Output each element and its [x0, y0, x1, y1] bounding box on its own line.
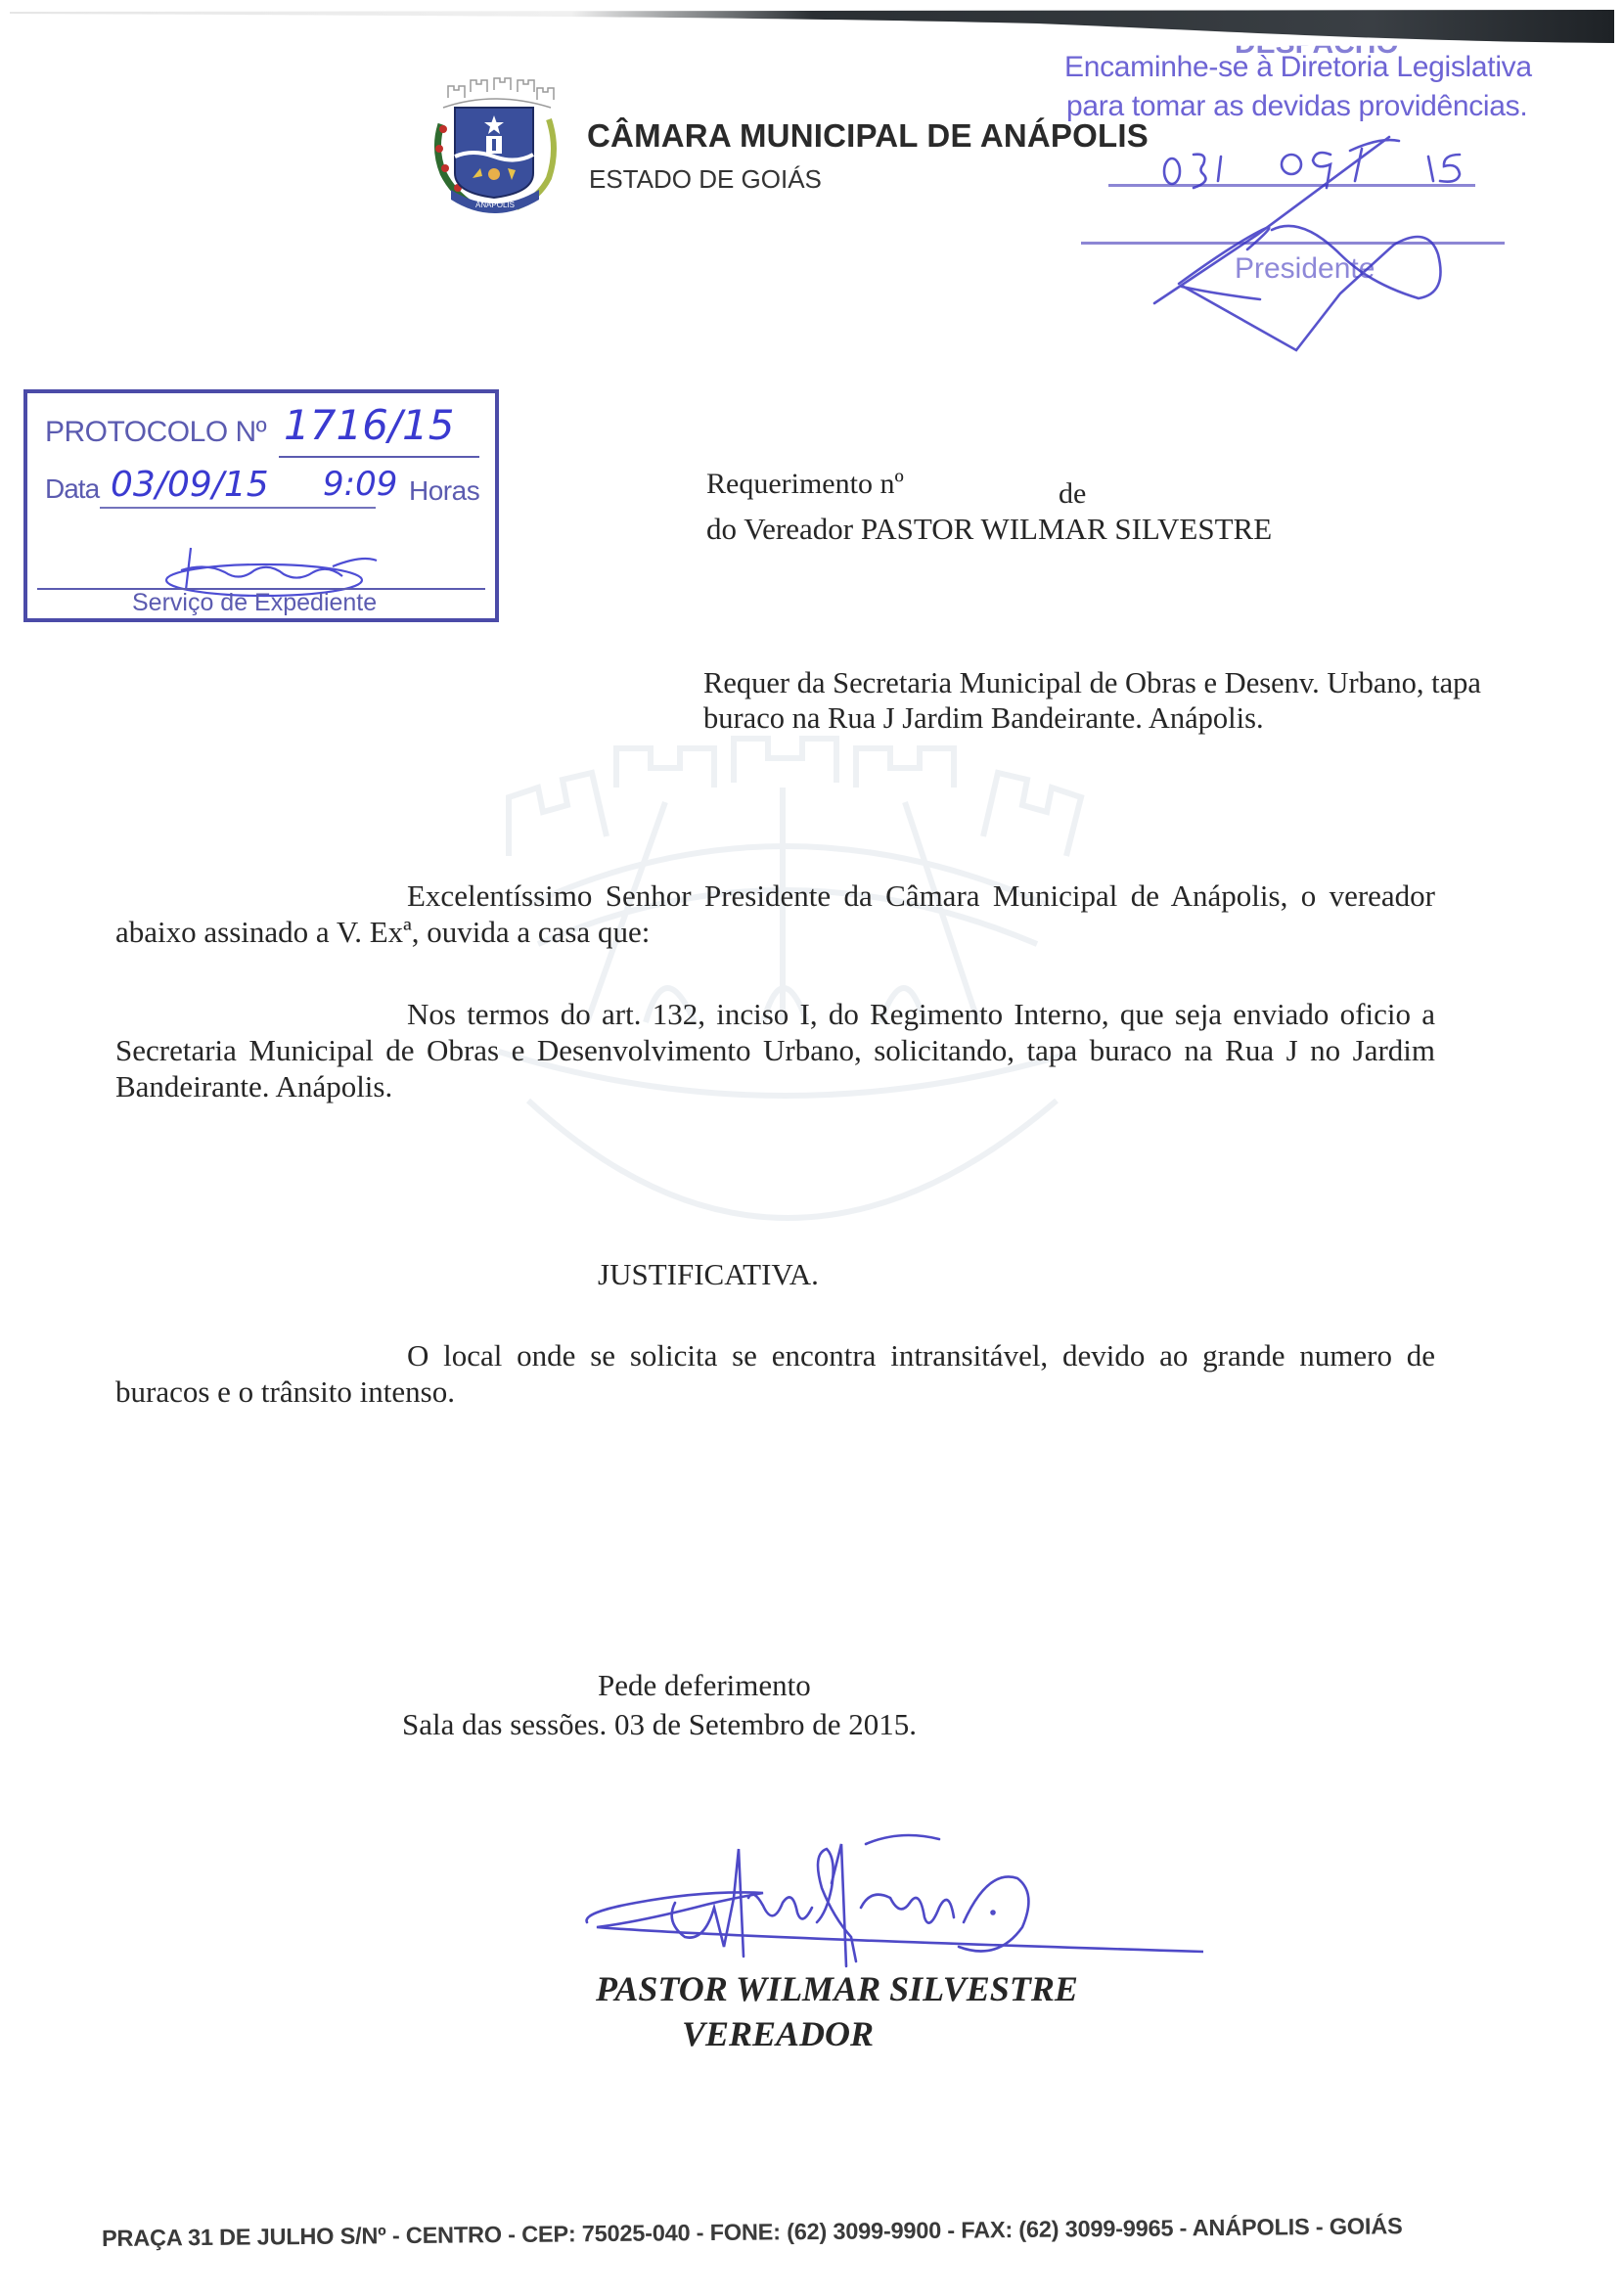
protocol-department-label: Serviço de Expediente: [132, 589, 377, 617]
closing-place-date: Sala das sessões. 03 de Setembro de 2015…: [402, 1707, 917, 1742]
svg-text:ANÁPOLIS: ANÁPOLIS: [475, 201, 515, 209]
president-handwritten-date-and-signature: [1057, 127, 1623, 362]
protocol-time-label: Horas: [409, 475, 479, 507]
protocol-date-underline: [100, 507, 376, 509]
body-paragraph-justification-text: O local onde se solicita se encontra int…: [115, 1338, 1435, 1409]
body-paragraph-salutation-text: Excelentíssimo Senhor Presidente da Câma…: [115, 878, 1435, 949]
request-author: do Vereador PASTOR WILMAR SILVESTRE: [706, 512, 1272, 547]
protocol-time-value: 9:09: [323, 465, 397, 504]
protocol-number-label: PROTOCOLO Nº: [45, 416, 266, 449]
body-paragraph-request-text: Nos termos do art. 132, inciso I, do Reg…: [115, 997, 1435, 1103]
scanner-edge-shadow: [10, 10, 1614, 43]
protocol-date-label: Data: [45, 473, 99, 505]
protocol-number-underline: [279, 456, 479, 458]
despacho-stamp-line-1: Encaminhe-se à Diretoria Legislativa: [1064, 51, 1532, 84]
protocol-number-value: 1716/15: [284, 401, 454, 449]
municipal-coat-of-arms-icon: ANÁPOLIS: [424, 70, 565, 222]
signer-name: PASTOR WILMAR SILVESTRE: [596, 1968, 1078, 2009]
councilman-signature: [577, 1829, 1203, 1986]
protocol-date-value: 03/09/15: [111, 465, 269, 505]
footer-address: PRAÇA 31 DE JULHO S/Nº - CENTRO - CEP: 7…: [102, 2213, 1403, 2252]
body-paragraph-salutation: Excelentíssimo Senhor Presidente da Câma…: [115, 878, 1435, 950]
body-paragraph-request: Nos termos do art. 132, inciso I, do Reg…: [115, 996, 1435, 1104]
signer-role: VEREADOR: [682, 2013, 874, 2054]
request-number-label: Requerimento nº: [706, 468, 904, 501]
institution-subtitle: ESTADO DE GOIÁS: [589, 164, 822, 195]
closing-request-line: Pede deferimento: [598, 1668, 811, 1703]
request-date-label: de: [1059, 477, 1086, 511]
despacho-stamp-line-2: para tomar as devidas providências.: [1066, 90, 1527, 123]
justification-heading: JUSTIFICATIVA.: [598, 1257, 819, 1292]
body-paragraph-justification: O local onde se solicita se encontra int…: [115, 1337, 1435, 1410]
document-page: ANÁPOLIS CÂMARA MUNICIPAL DE ANÁPOLIS ES…: [0, 0, 1623, 2296]
request-summary: Requer da Secretaria Municipal de Obras …: [703, 665, 1486, 736]
